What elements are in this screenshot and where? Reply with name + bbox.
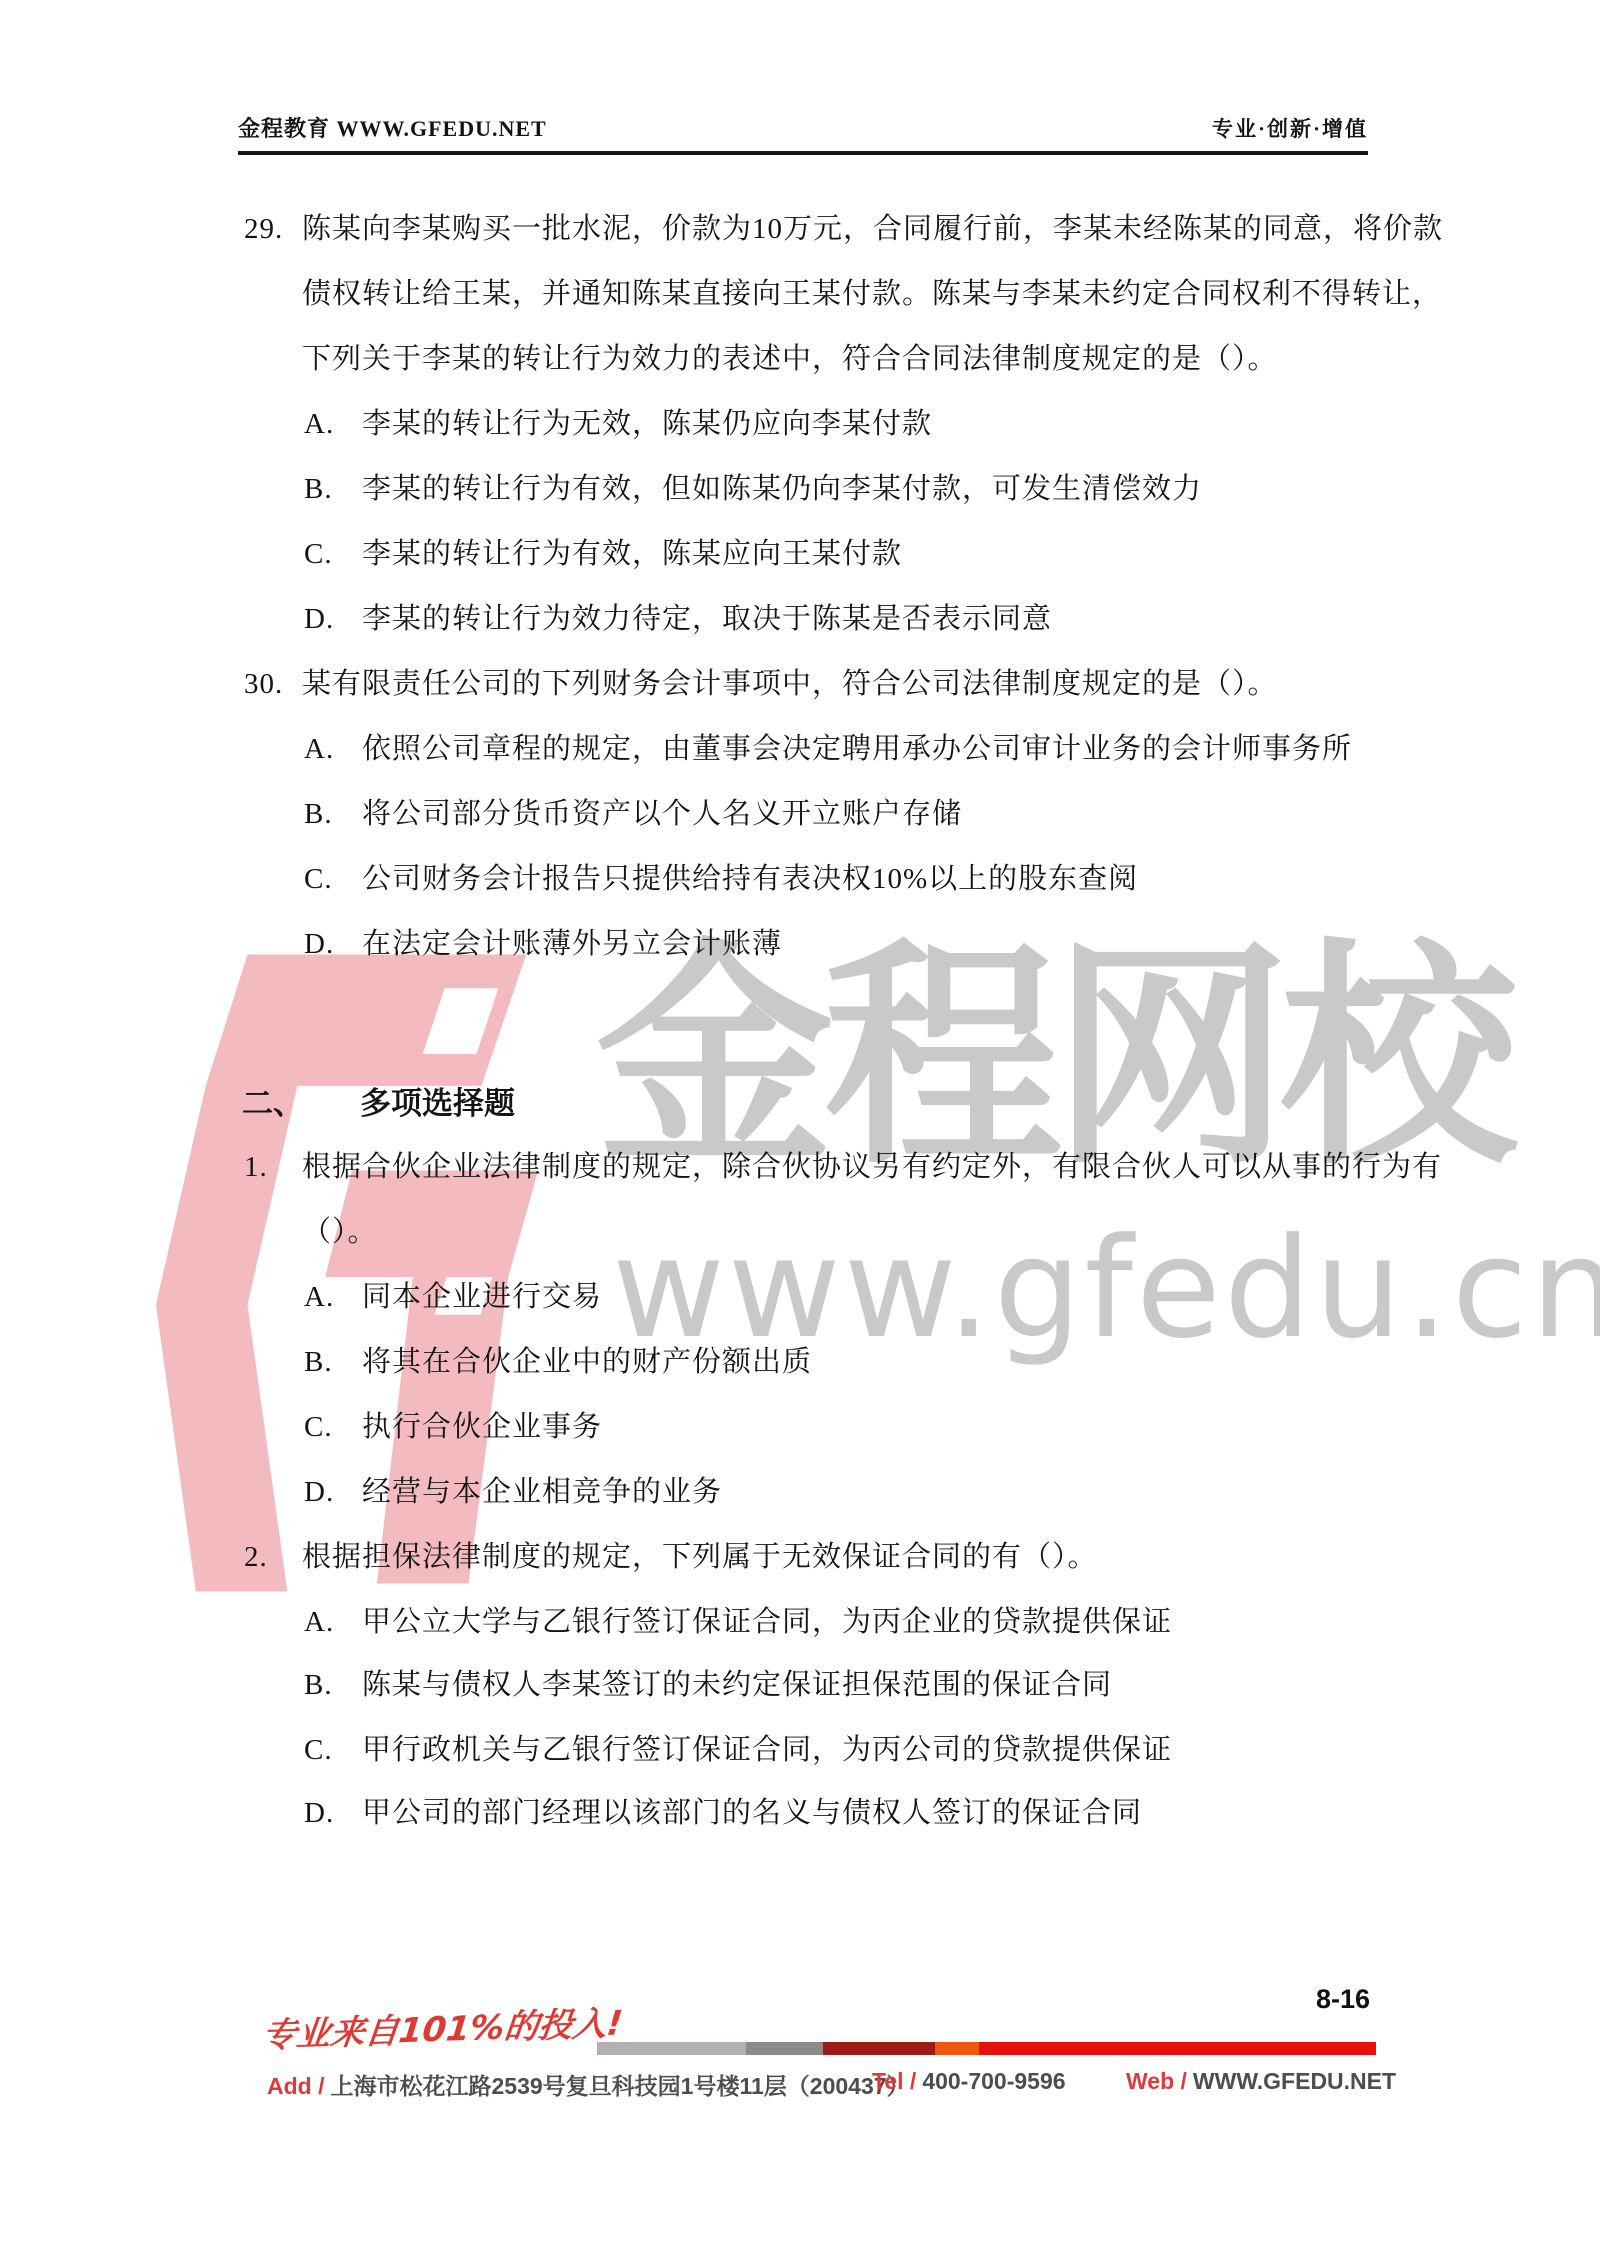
option-label: C.: [304, 1410, 362, 1444]
page-number: 8-16: [1310, 1984, 1370, 2015]
bar-segment: [979, 2042, 1376, 2055]
footer-slogan: 专业来自101%的投入!: [260, 1996, 625, 2057]
option-text: 李某的转让行为效力待定，取决于陈某是否表示同意: [362, 603, 1052, 635]
section-title: 多项选择题: [360, 1086, 515, 1121]
option-label: B.: [304, 472, 362, 506]
option-text: 李某的转让行为无效，陈某仍应向李某付款: [362, 408, 932, 440]
bar-segment: [597, 2042, 746, 2055]
option-text: 在法定会计账薄外另立会计账薄: [362, 928, 782, 960]
question-29-option-c: C.李某的转让行为有效，陈某应向王某付款: [304, 537, 902, 571]
option-text: 执行合伙企业事务: [362, 1411, 602, 1443]
question-2-option-c: C.甲行政机关与乙银行签订保证合同，为丙公司的贷款提供保证: [304, 1733, 1172, 1767]
option-label: A.: [304, 407, 362, 441]
option-label: A.: [304, 1280, 362, 1314]
option-text: 李某的转让行为有效，陈某应向王某付款: [362, 538, 902, 570]
option-text: 经营与本企业相竞争的业务: [362, 1476, 722, 1508]
question-29-option-d: D.李某的转让行为效力待定，取决于陈某是否表示同意: [304, 602, 1052, 636]
question-number: 29.: [244, 212, 302, 246]
option-label: B.: [304, 1668, 362, 1702]
question-2-option-a: A.甲公立大学与乙银行签订保证合同，为丙企业的贷款提供保证: [304, 1605, 1172, 1639]
question-29-line-1: 29.陈某向李某购买一批水泥，价款为10万元，合同履行前，李某未经陈某的同意，将…: [244, 212, 1443, 246]
question-2-option-b: B.陈某与债权人李某签订的未约定保证担保范围的保证合同: [304, 1668, 1112, 1702]
option-label: B.: [304, 797, 362, 831]
address-label: Add /: [267, 2073, 325, 2099]
question-1-option-b: B.将其在合伙企业中的财产份额出质: [304, 1345, 812, 1379]
question-text: 某有限责任公司的下列财务会计事项中，符合公司法律制度规定的是（）。: [302, 668, 1278, 700]
question-2-stem: 2.根据担保法律制度的规定，下列属于无效保证合同的有（）。: [244, 1540, 1098, 1574]
question-1-line-1: 1.根据合伙企业法律制度的规定，除合伙协议另有约定外，有限合伙人可以从事的行为有: [244, 1150, 1442, 1184]
question-29-option-a: A.李某的转让行为无效，陈某仍应向李某付款: [304, 407, 932, 441]
question-text: 陈某向李某购买一批水泥，价款为10万元，合同履行前，李某未经陈某的同意，将价款: [302, 213, 1443, 245]
option-label: D.: [304, 927, 362, 961]
question-29-line-2: 债权转让给王某，并通知陈某直接向王某付款。陈某与李某未约定合同权利不得转让，: [302, 277, 1442, 311]
question-number: 30.: [244, 667, 302, 701]
option-label: A.: [304, 1605, 362, 1639]
question-30-option-b: B.将公司部分货币资产以个人名义开立账户存储: [304, 797, 962, 831]
question-30-option-d: D.在法定会计账薄外另立会计账薄: [304, 927, 782, 961]
option-label: C.: [304, 537, 362, 571]
option-text: 李某的转让行为有效，但如陈某仍向李某付款，可发生清偿效力: [362, 473, 1202, 505]
question-text: 根据担保法律制度的规定，下列属于无效保证合同的有（）。: [302, 1541, 1098, 1573]
web-label: Web /: [1126, 2068, 1187, 2094]
option-text: 同本企业进行交易: [362, 1281, 602, 1313]
bar-segment: [746, 2042, 823, 2055]
bar-segment: [823, 2042, 935, 2055]
option-text: 将公司部分货币资产以个人名义开立账户存储: [362, 798, 962, 830]
option-text: 甲行政机关与乙银行签订保证合同，为丙公司的贷款提供保证: [362, 1734, 1172, 1766]
option-text: 甲公立大学与乙银行签订保证合同，为丙企业的贷款提供保证: [362, 1606, 1172, 1638]
option-text: 甲公司的部门经理以该部门的名义与债权人签订的保证合同: [362, 1797, 1142, 1829]
question-2-option-d: D.甲公司的部门经理以该部门的名义与债权人签订的保证合同: [304, 1796, 1142, 1830]
footer-web: Web /WWW.GFEDU.NET: [1126, 2068, 1396, 2095]
option-label: B.: [304, 1345, 362, 1379]
tel-label: Tel /: [872, 2068, 916, 2094]
section-index: 二、: [242, 1078, 360, 1123]
question-1-option-c: C.执行合伙企业事务: [304, 1410, 602, 1444]
option-label: D.: [304, 1475, 362, 1509]
question-30-option-c: C.公司财务会计报告只提供给持有表决权10%以上的股东查阅: [304, 862, 1138, 896]
footer-address: Add /上海市松花江路2539号复旦科技园1号楼11层（200437）: [267, 2068, 910, 2101]
option-text: 陈某与债权人李某签订的未约定保证担保范围的保证合同: [362, 1669, 1112, 1701]
option-text: 将其在合伙企业中的财产份额出质: [362, 1346, 812, 1378]
question-text: 根据合伙企业法律制度的规定，除合伙协议另有约定外，有限合伙人可以从事的行为有: [302, 1151, 1442, 1183]
document-body: 29.陈某向李某购买一批水泥，价款为10万元，合同履行前，李某未经陈某的同意，将…: [0, 0, 1600, 2263]
bar-segment: [935, 2042, 979, 2055]
question-1-line-2: （）。: [302, 1215, 378, 1249]
section-heading: 二、多项选择题: [242, 1078, 515, 1123]
option-text: 依照公司章程的规定，由董事会决定聘用承办公司审计业务的会计师事务所: [362, 733, 1352, 765]
tel-value: 400-700-9596: [922, 2068, 1065, 2094]
question-1-option-a: A.同本企业进行交易: [304, 1280, 602, 1314]
question-29-line-3: 下列关于李某的转让行为效力的表述中，符合合同法律制度规定的是（）。: [302, 342, 1278, 376]
question-number: 1.: [244, 1150, 302, 1184]
footer-tel: Tel /400-700-9596: [872, 2068, 1066, 2095]
question-29-option-b: B.李某的转让行为有效，但如陈某仍向李某付款，可发生清偿效力: [304, 472, 1202, 506]
footer-color-bar: [597, 2042, 1376, 2055]
web-value: WWW.GFEDU.NET: [1193, 2068, 1396, 2094]
question-number: 2.: [244, 1540, 302, 1574]
option-label: C.: [304, 1733, 362, 1767]
address-value: 上海市松花江路2539号复旦科技园1号楼11层（200437）: [331, 2073, 910, 2099]
question-30-option-a: A.依照公司章程的规定，由董事会决定聘用承办公司审计业务的会计师事务所: [304, 732, 1352, 766]
option-label: A.: [304, 732, 362, 766]
footer-contact-row: Add /上海市松花江路2539号复旦科技园1号楼11层（200437） Tel…: [0, 2068, 1600, 2098]
option-text: 公司财务会计报告只提供给持有表决权10%以上的股东查阅: [362, 863, 1138, 895]
option-label: D.: [304, 602, 362, 636]
option-label: D.: [304, 1796, 362, 1830]
document-page: 金程教育 WWW.GFEDU.NET 专业·创新·增值 金程网校 www.gfe…: [0, 0, 1600, 2263]
question-1-option-d: D.经营与本企业相竞争的业务: [304, 1475, 722, 1509]
question-30-stem: 30.某有限责任公司的下列财务会计事项中，符合公司法律制度规定的是（）。: [244, 667, 1278, 701]
option-label: C.: [304, 862, 362, 896]
